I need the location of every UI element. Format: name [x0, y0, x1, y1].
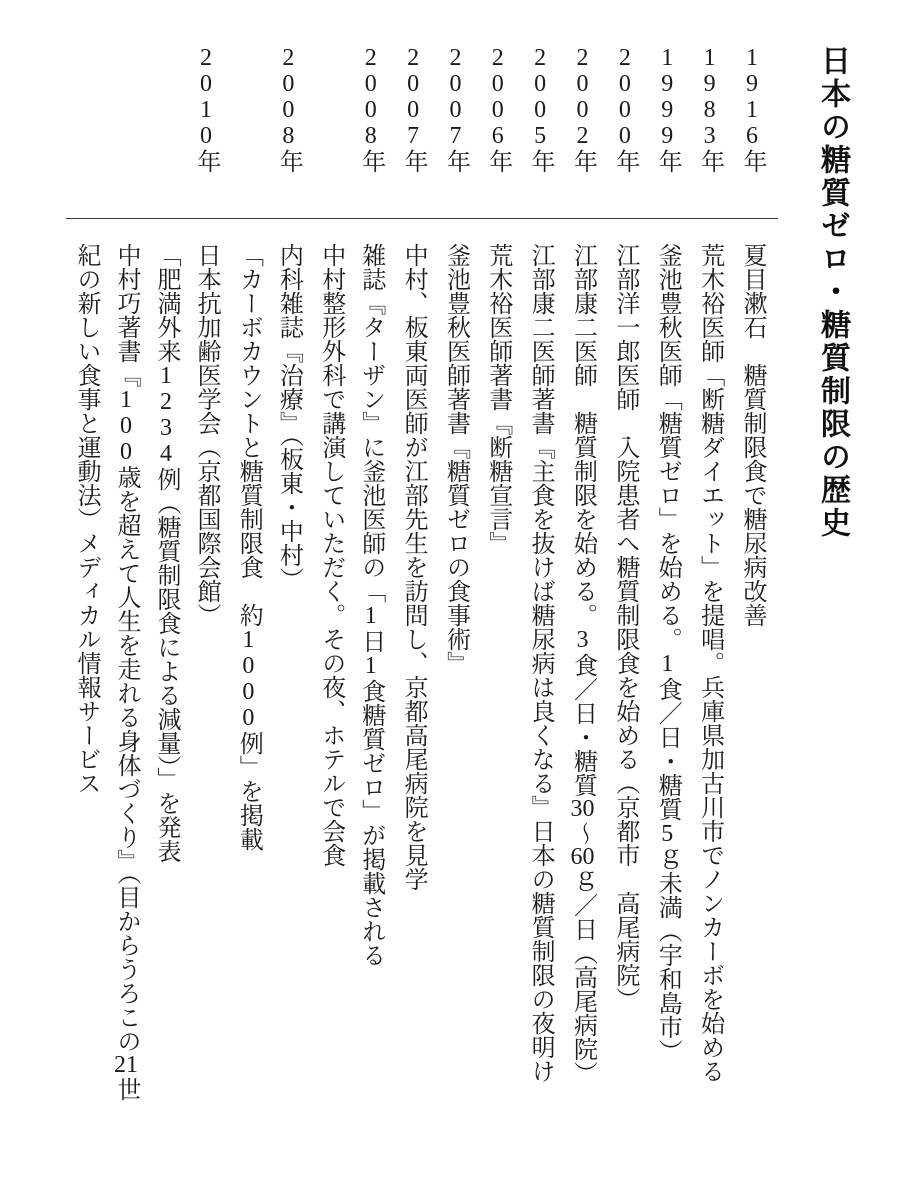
entry-body: 中村、板東両医師が江部先生を訪問し、京都高尾病院を見学: [393, 243, 433, 1179]
entry-year: 2007年: [393, 45, 433, 243]
entry-body: 雑誌『ターザン』に釜池医師の「1日1食糖質ゼロ」が掲載される中村整形外科で講演し…: [311, 243, 391, 1179]
entry-year: 2006年: [478, 45, 518, 243]
entry-paragraph: 釜池豊秋医師「糖質ゼロ」を始める。1食／日・糖質5ｇ未満（宇和島市）: [647, 243, 687, 1123]
entry-year: 1983年: [690, 45, 730, 243]
timeline-entries: 1916年 夏目漱石 糖質制限食で糖尿病改善 1983年 荒木裕医師「断糖ダイエ…: [66, 45, 772, 1179]
entry-body: 釜池豊秋医師著書『糖質ゼロの食事術』: [435, 243, 475, 1179]
entry-body: 荒木裕医師著書『断糖宣言』: [478, 243, 518, 1179]
entry-paragraph: 雑誌『ターザン』に釜池医師の「1日1食糖質ゼロ」が掲載される: [351, 243, 391, 1123]
timeline-entry: 2005年 江部康二医師著書『主食を抜けば糖尿病は良くなる』日本の糖質制限の夜明…: [520, 45, 560, 1179]
timeline-entry: 1916年 夏目漱石 糖質制限食で糖尿病改善: [732, 45, 772, 1179]
timeline-entry: 2000年 江部洋一郎医師 入院患者へ糖質制限食を始める（京都市 高尾病院）: [605, 45, 645, 1179]
timeline-entry: 2010年 日本抗加齢医学会（京都国際会館）「肥満外来1234例（糖質制限食によ…: [66, 45, 226, 1179]
entry-year: 2008年: [311, 45, 391, 243]
timeline-entry: 2006年 荒木裕医師著書『断糖宣言』: [478, 45, 518, 1179]
entry-year: 2007年: [435, 45, 475, 243]
entry-body: 夏目漱石 糖質制限食で糖尿病改善: [732, 243, 772, 1179]
entry-paragraph: 荒木裕医師著書『断糖宣言』: [478, 243, 518, 1123]
entry-paragraph: 夏目漱石 糖質制限食で糖尿病改善: [732, 243, 772, 1123]
entry-paragraph: 「肥満外来1234例（糖質制限食による減量）」を発表: [146, 243, 186, 1123]
entry-body: 江部康二医師著書『主食を抜けば糖尿病は良くなる』日本の糖質制限の夜明け: [520, 243, 560, 1179]
entry-year: 1916年: [732, 45, 772, 243]
entry-year: 2002年: [563, 45, 603, 243]
entry-body: 江部康二医師 糖質制限を始める。3食／日・糖質30～60ｇ／日（高尾病院）: [563, 243, 603, 1179]
entry-body: 日本抗加齢医学会（京都国際会館）「肥満外来1234例（糖質制限食による減量）」を…: [66, 243, 226, 1179]
entry-paragraph: 中村巧著書『100歳を超えて人生を走れる身体づくり』（目からうろこの21世紀の新…: [66, 243, 146, 1123]
book-page: { "page": { "background": "#ffffff", "te…: [0, 0, 900, 1179]
timeline-entry: 2008年 雑誌『ターザン』に釜池医師の「1日1食糖質ゼロ」が掲載される中村整形…: [311, 45, 391, 1179]
entry-year: 2008年: [228, 45, 308, 243]
entry-paragraph: 江部康二医師 糖質制限を始める。3食／日・糖質30～60ｇ／日（高尾病院）: [563, 243, 603, 1123]
entry-body: 釜池豊秋医師「糖質ゼロ」を始める。1食／日・糖質5ｇ未満（宇和島市）: [647, 243, 687, 1179]
entry-paragraph: 江部康二医師著書『主食を抜けば糖尿病は良くなる』日本の糖質制限の夜明け: [520, 243, 560, 1123]
entry-body: 内科雑誌『治療』（板東・中村）「カーボカウントと糖質制限食 約1000例」を掲載: [228, 243, 308, 1179]
page-title: 日本の糖質ゼロ・糖質制限の歴史: [810, 45, 854, 540]
timeline-entry: 1983年 荒木裕医師「断糖ダイエット」を提唱。兵庫県加古川市でノンカーボを始め…: [690, 45, 730, 1179]
entry-body: 江部洋一郎医師 入院患者へ糖質制限食を始める（京都市 高尾病院）: [605, 243, 645, 1179]
entry-year: 2010年: [66, 45, 226, 243]
entry-paragraph: 中村、板東両医師が江部先生を訪問し、京都高尾病院を見学: [393, 243, 433, 1123]
timeline-entry: 2007年 釜池豊秋医師著書『糖質ゼロの食事術』: [435, 45, 475, 1179]
timeline-entry: 2008年 内科雑誌『治療』（板東・中村）「カーボカウントと糖質制限食 約100…: [228, 45, 308, 1179]
entry-year: 2000年: [605, 45, 645, 243]
entry-paragraph: 荒木裕医師「断糖ダイエット」を提唱。兵庫県加古川市でノンカーボを始める: [690, 243, 730, 1123]
entry-year: 1999年: [647, 45, 687, 243]
timeline-entry: 1999年 釜池豊秋医師「糖質ゼロ」を始める。1食／日・糖質5ｇ未満（宇和島市）: [647, 45, 687, 1179]
entry-paragraph: 釜池豊秋医師著書『糖質ゼロの食事術』: [435, 243, 475, 1123]
entry-paragraph: 江部洋一郎医師 入院患者へ糖質制限食を始める（京都市 高尾病院）: [605, 243, 645, 1123]
entry-year: 2005年: [520, 45, 560, 243]
entry-paragraph: 内科雑誌『治療』（板東・中村）: [268, 243, 308, 1123]
entry-body: 荒木裕医師「断糖ダイエット」を提唱。兵庫県加古川市でノンカーボを始める: [690, 243, 730, 1179]
entry-paragraph: 中村整形外科で講演していただく。その夜、ホテルで会食: [311, 243, 351, 1123]
timeline-entry: 2002年 江部康二医師 糖質制限を始める。3食／日・糖質30～60ｇ／日（高尾…: [563, 45, 603, 1179]
entry-paragraph: 日本抗加齢医学会（京都国際会館）: [186, 243, 226, 1123]
entry-paragraph: 「カーボカウントと糖質制限食 約1000例」を掲載: [228, 243, 268, 1123]
timeline-entry: 2007年 中村、板東両医師が江部先生を訪問し、京都高尾病院を見学: [393, 45, 433, 1179]
